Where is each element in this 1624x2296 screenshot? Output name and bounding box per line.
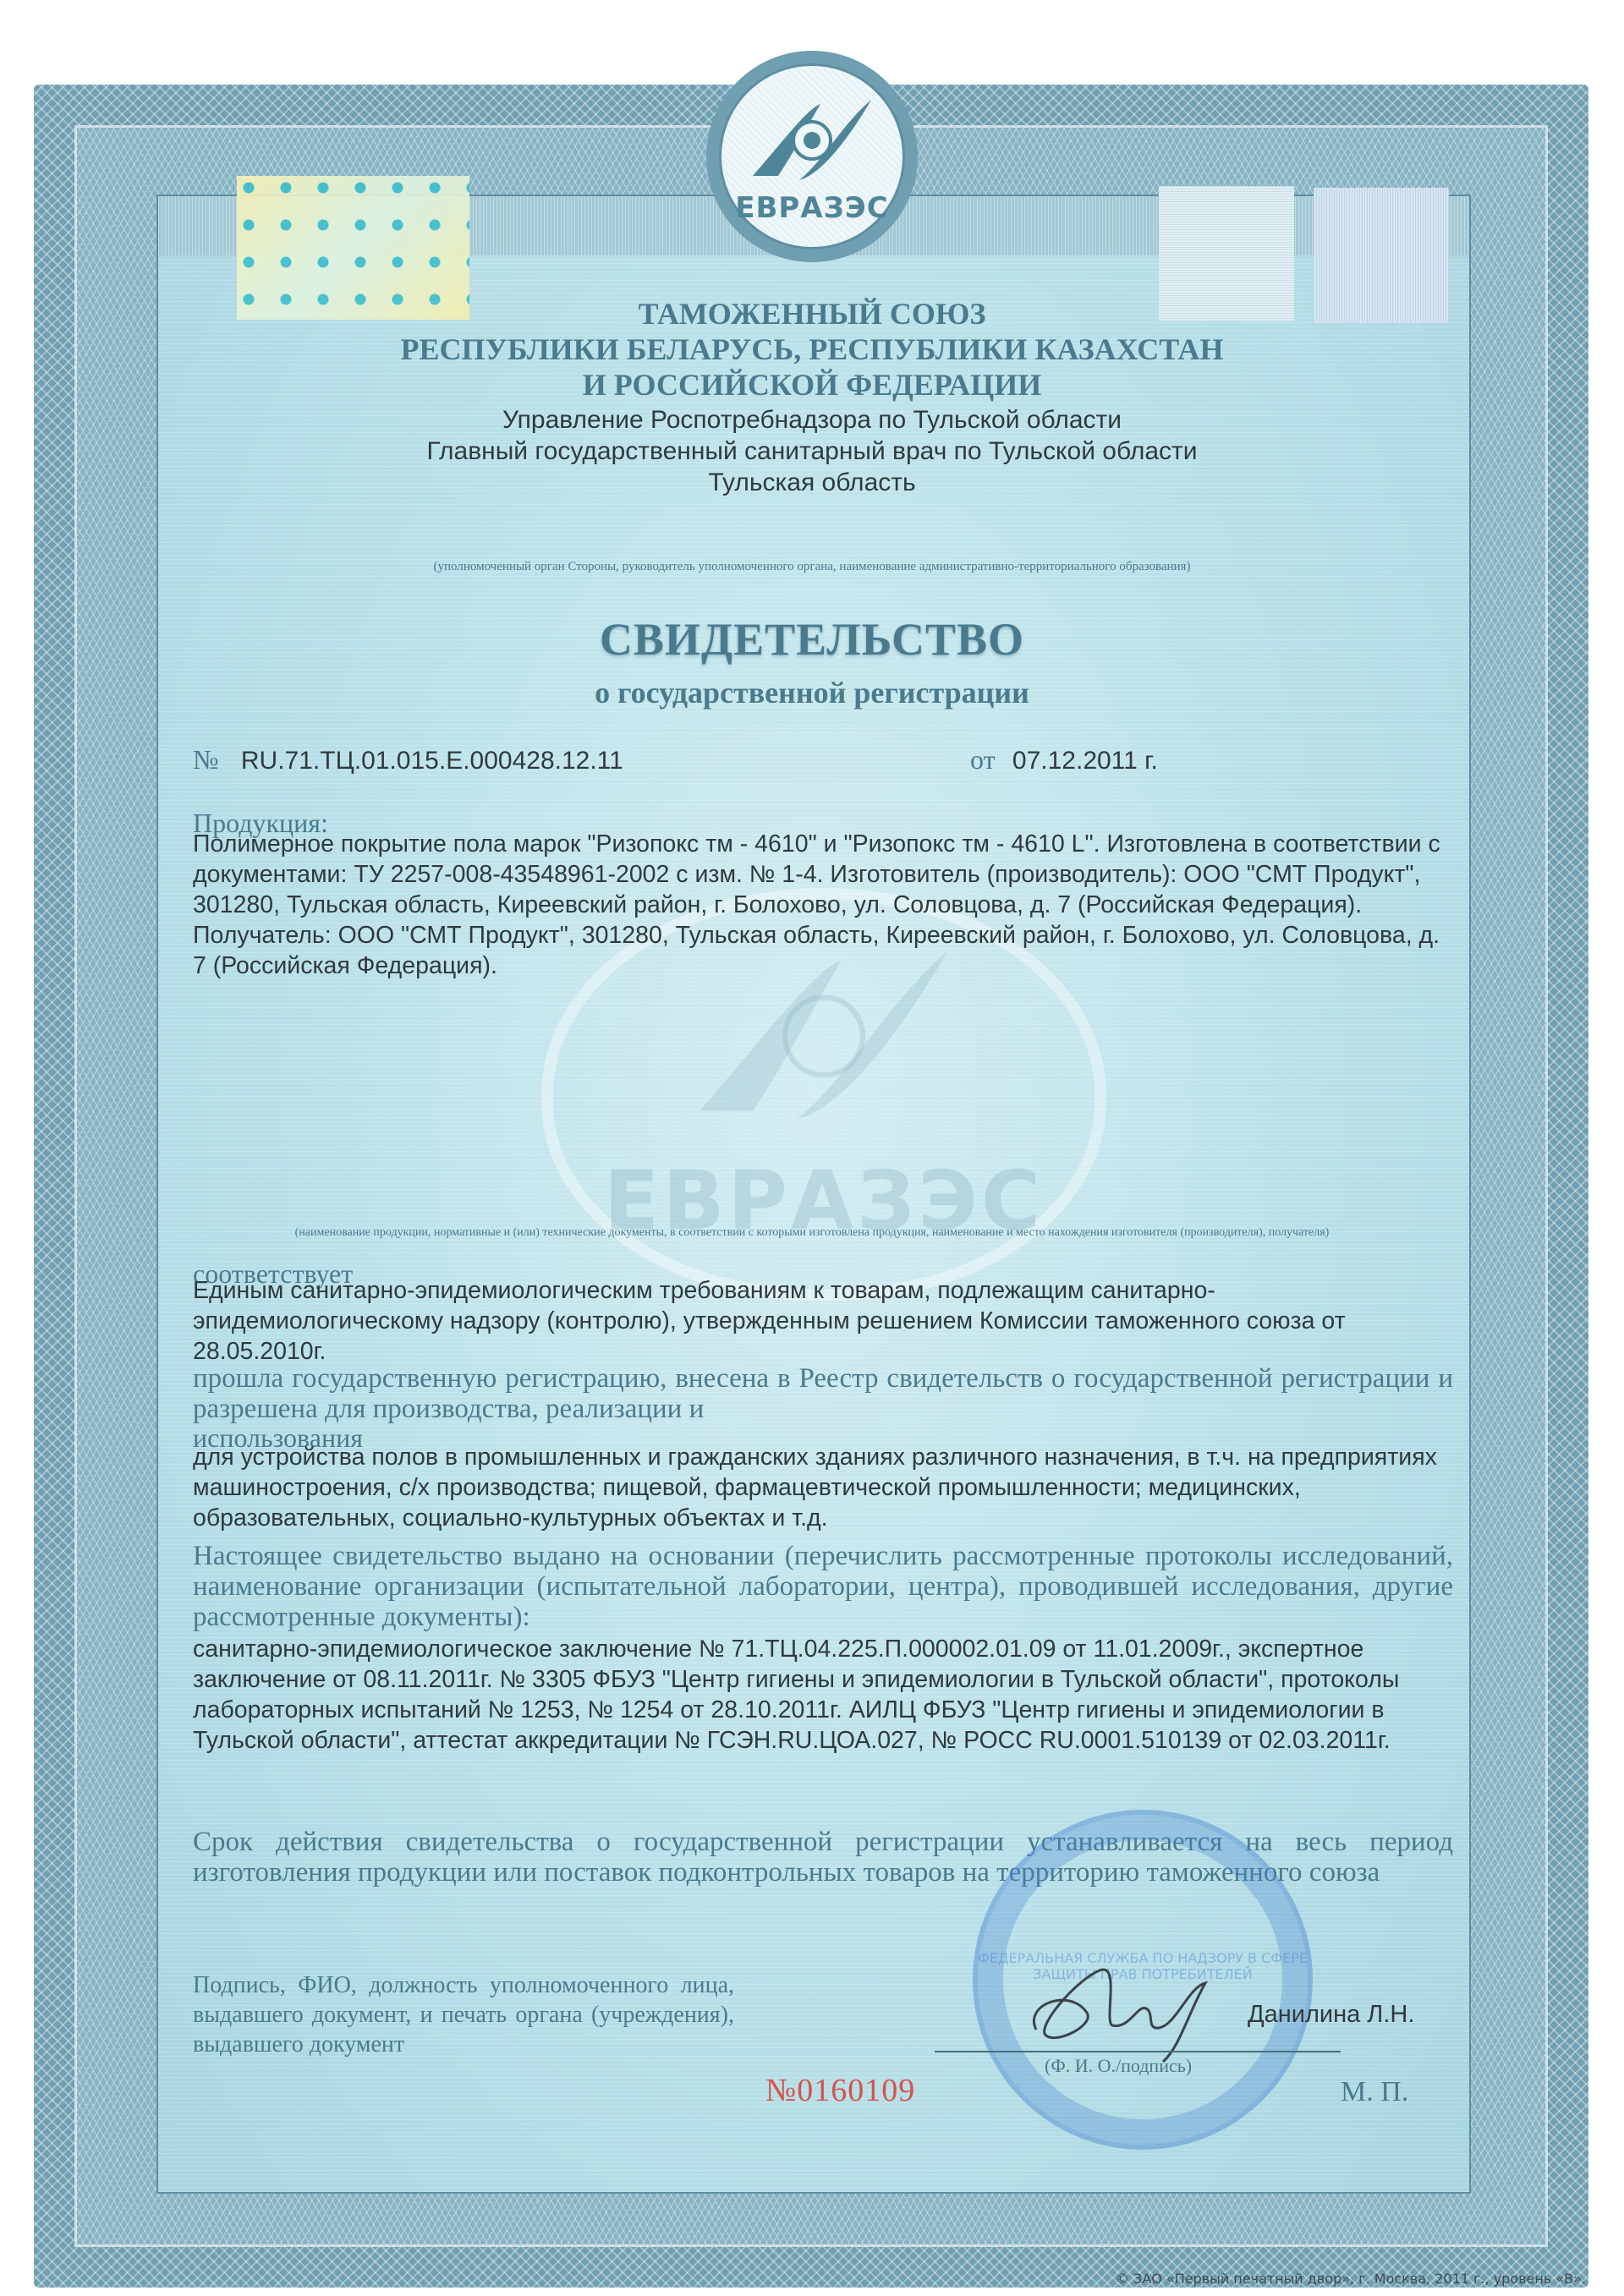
union-line-3: И РОССИЙСКОЙ ФЕДЕРАЦИИ (0, 367, 1624, 403)
product-description: Полимерное покрытие пола марок "Ризопокс… (193, 829, 1453, 981)
number-label: № (193, 744, 219, 775)
registration-date: 07.12.2011 г. (1012, 747, 1158, 775)
authority-line-1: Управление Роспотребнадзора по Тульской … (0, 404, 1624, 436)
signature-icon (1019, 1954, 1239, 2063)
date-label: от (970, 744, 996, 775)
authority-caption: (уполномоченный орган Стороны, руководит… (0, 560, 1624, 574)
registration-date-row: от 07.12.2011 г. (970, 744, 1158, 775)
conformity-text: Единым санитарно-эпидемиологическим треб… (193, 1275, 1453, 1367)
union-line-1: ТАМОЖЕННЫЙ СОЮЗ (0, 296, 1624, 332)
issuing-authority: Управление Роспотребнадзора по Тульской … (0, 404, 1624, 498)
eurasec-emblem-icon (749, 91, 875, 184)
customs-union-heading: ТАМОЖЕННЫЙ СОЮЗ РЕСПУБЛИКИ БЕЛАРУСЬ, РЕС… (0, 296, 1624, 403)
usage-scope: для устройства полов в промышленных и гр… (193, 1442, 1453, 1533)
document-subtitle: о государственной регистрации (0, 675, 1624, 710)
registration-number-row: № RU.71.ТЦ.01.015.Е.000428.12.11 (193, 744, 623, 775)
emblem-disc: ЕВРАЗЭС (719, 63, 905, 249)
authority-line-2: Главный государственный санитарный врач … (0, 436, 1624, 467)
registration-statement: прошла государственную регистрацию, внес… (193, 1363, 1453, 1424)
union-line-2: РЕСПУБЛИКИ БЕЛАРУСЬ, РЕСПУБЛИКИ КАЗАХСТА… (0, 332, 1624, 367)
signature-line (935, 2051, 1341, 2052)
signature-caption: Подпись, ФИО, должность уполномоченного … (193, 1970, 734, 2059)
product-caption: (наименование продукции, нормативные и (… (0, 1226, 1624, 1240)
basis-statement: Настоящее свидетельство выдано на основа… (193, 1541, 1453, 1632)
signature-line-caption: (Ф. И. О./подпись) (1045, 2055, 1192, 2077)
basis-documents: санитарно-эпидемиологическое заключение … (193, 1634, 1453, 1756)
registration-number: RU.71.ТЦ.01.015.Е.000428.12.11 (241, 747, 623, 775)
authority-line-3: Тульская область (0, 467, 1624, 498)
document-title: СВИДЕТЕЛЬСТВО (0, 613, 1624, 666)
emblem-label: ЕВРАЗЭС (721, 191, 903, 225)
form-serial-number: №0160109 (765, 2072, 915, 2109)
printer-footer: © ЗАО «Первый печатный двор», г. Москва,… (1116, 2271, 1586, 2287)
signatory-name: Данилина Л.Н. (1248, 2001, 1414, 2029)
seal-mark: М. П. (1341, 2076, 1408, 2108)
eurasec-emblem: ЕВРАЗЭС (706, 51, 918, 262)
